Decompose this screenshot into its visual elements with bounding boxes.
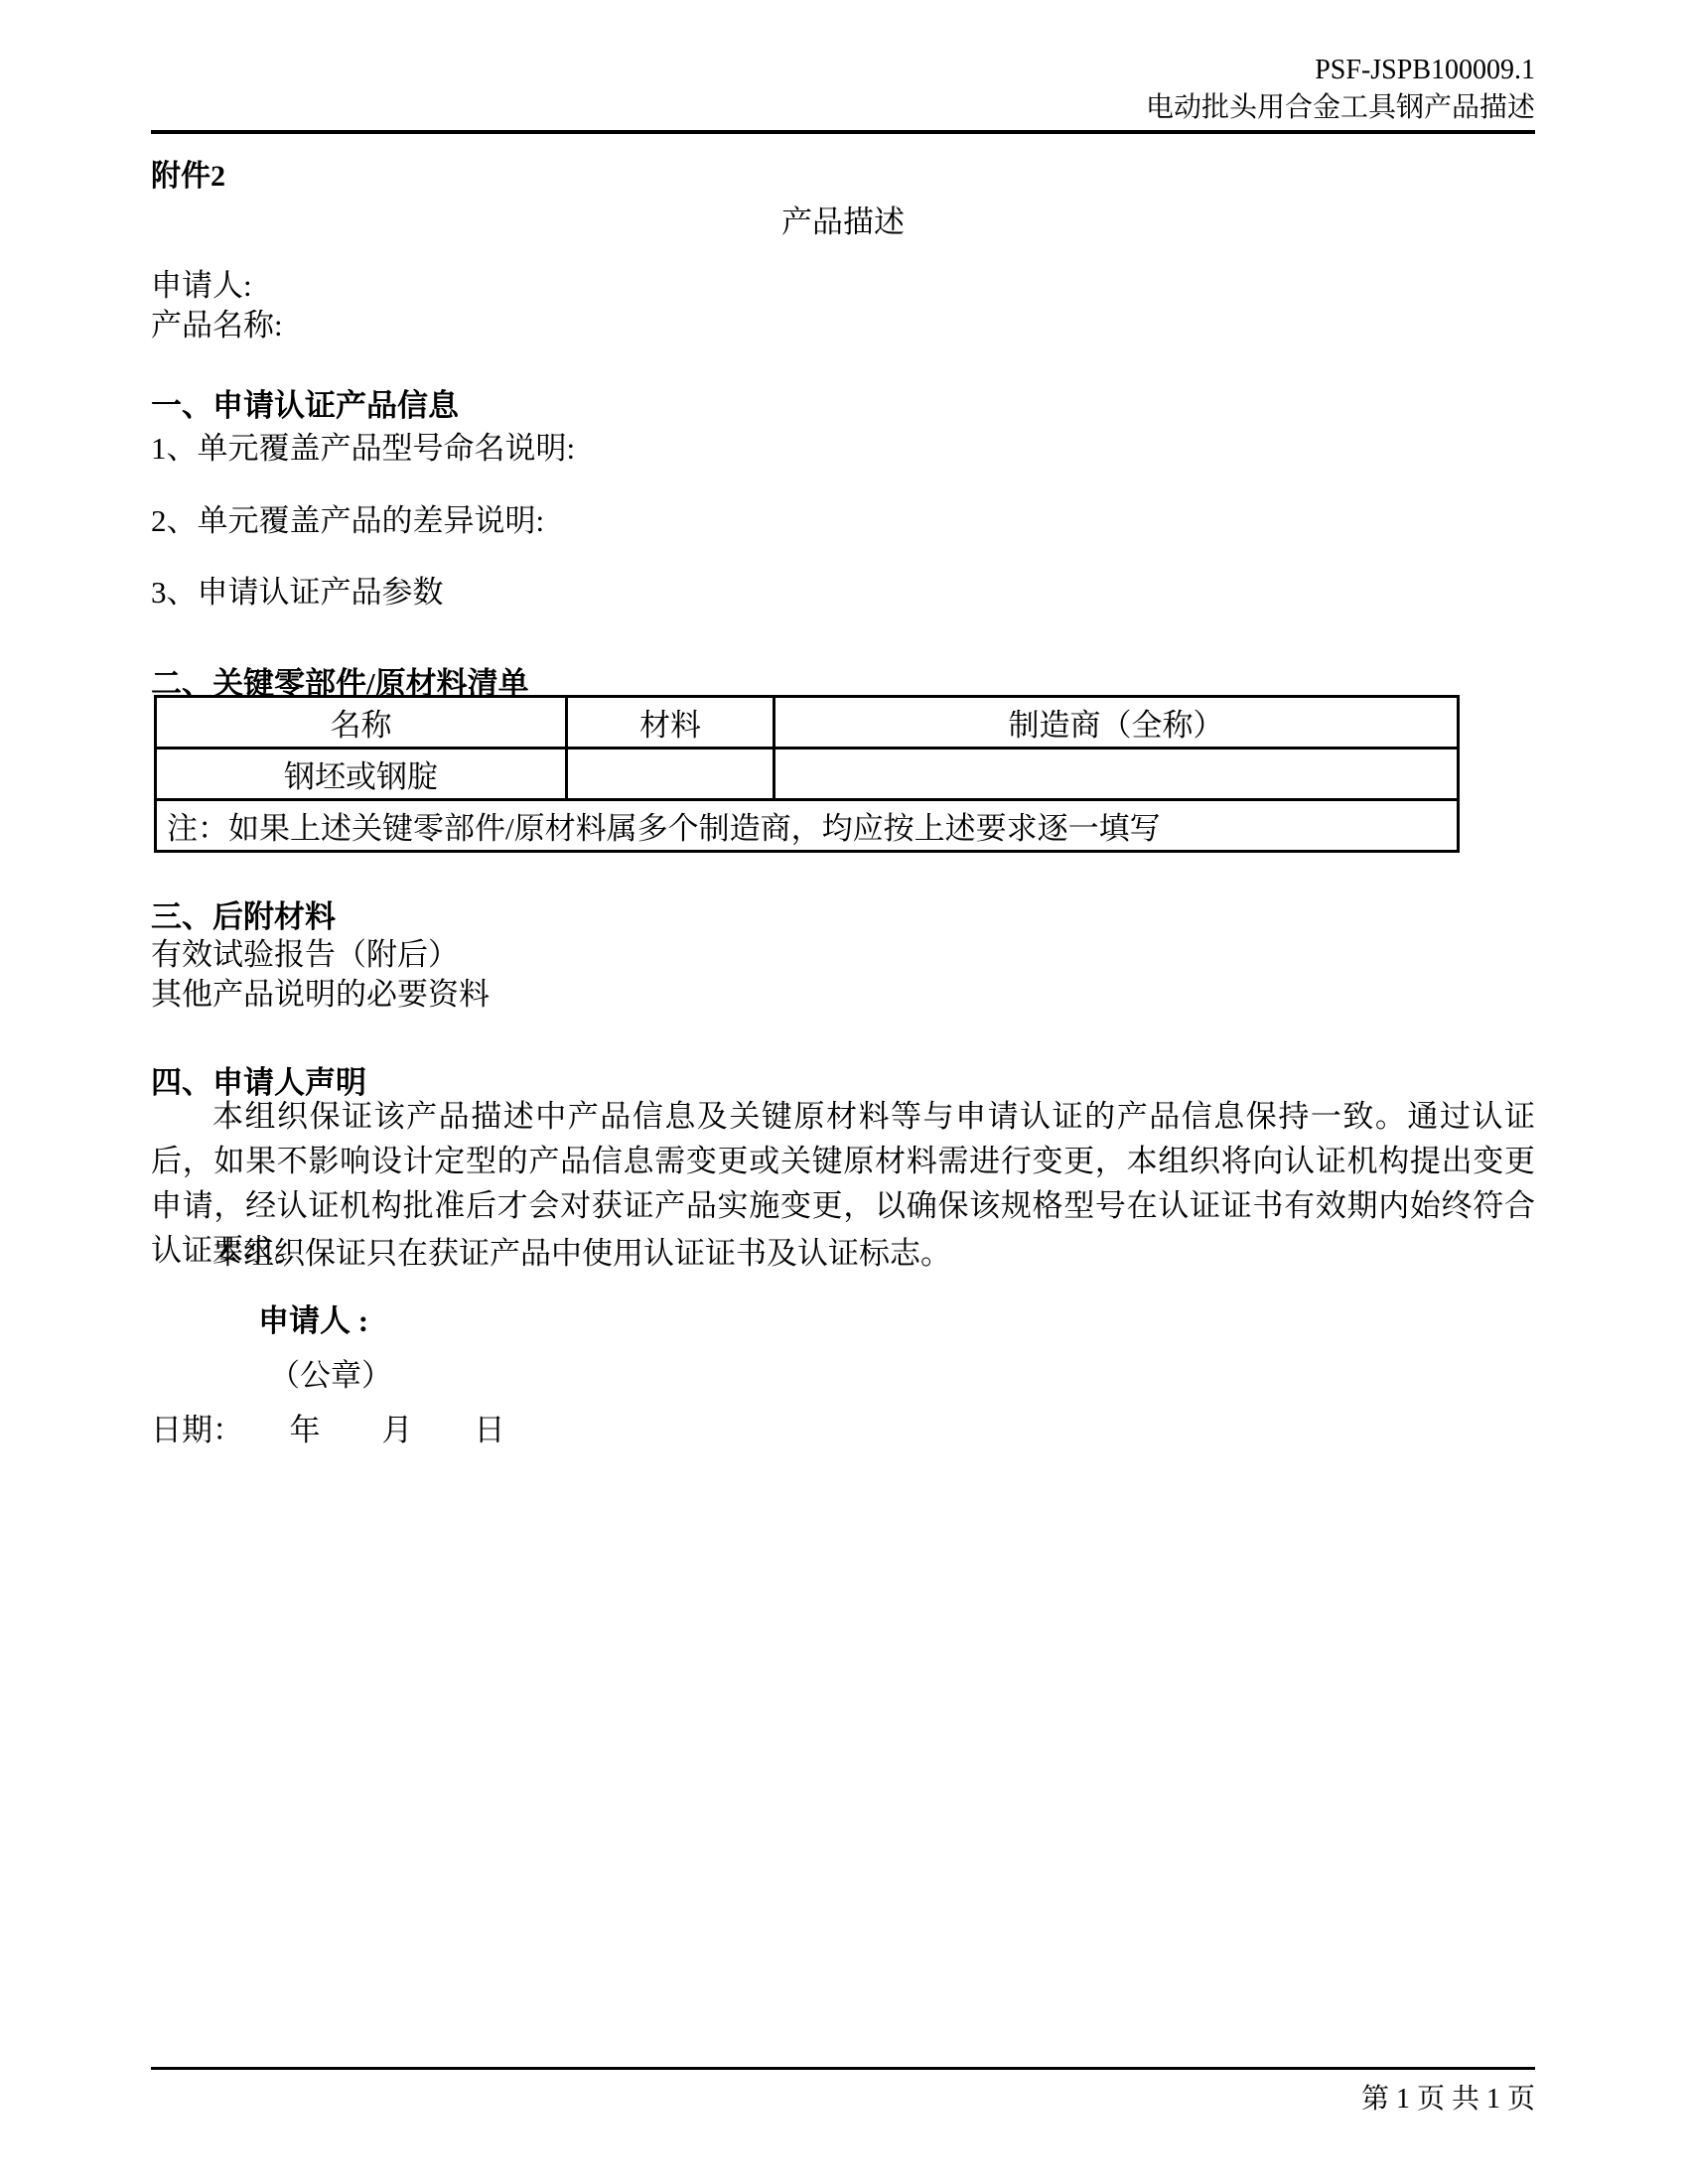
cell-part-material — [567, 749, 774, 800]
table-header-row: 名称 材料 制造商（全称） — [156, 697, 1459, 749]
applicant-label: 申请人: — [151, 266, 1535, 306]
footer-page-info: 第 1 页 共 1 页 — [151, 2077, 1535, 2116]
section1-item-1: 1、单元覆盖产品型号命名说明: — [151, 423, 1535, 468]
section1-title: 一、申请认证产品信息 — [151, 380, 1535, 425]
doc-header-title: 电动批头用合金工具钢产品描述 — [151, 89, 1535, 127]
col-header-material: 材料 — [567, 697, 774, 749]
seal-label: （公章） — [269, 1350, 392, 1395]
doc-number: PSF-JSPB100009.1 — [151, 52, 1535, 89]
declaration-paragraph-2: 本组织保证只在获证产品中使用认证证书及认证标志。 — [151, 1231, 1535, 1276]
page-title: 产品描述 — [151, 197, 1535, 241]
cell-part-name: 钢坯或钢腚 — [156, 749, 567, 800]
page-header: PSF-JSPB100009.1 电动批头用合金工具钢产品描述 — [151, 52, 1535, 127]
section3-line-1: 有效试验报告（附后） — [151, 935, 1535, 975]
table-note: 注：如果上述关键零部件/原材料属多个制造商，均应按上述要求逐一填写 — [156, 800, 1459, 852]
product-name-label: 产品名称: — [151, 306, 1535, 345]
key-parts-table: 名称 材料 制造商（全称） 钢坯或钢腚 注：如果上述关键零部件/原材料属多个制造… — [154, 695, 1460, 853]
applicant-sign-label: 申请人 : — [258, 1296, 368, 1340]
table-note-row: 注：如果上述关键零部件/原材料属多个制造商，均应按上述要求逐一填写 — [156, 800, 1459, 852]
section1-item-3: 3、申请认证产品参数 — [151, 567, 1535, 612]
section3-title: 三、后附材料 — [151, 891, 1535, 936]
table-row: 钢坯或钢腚 — [156, 749, 1459, 800]
attachment-label: 附件2 — [151, 151, 225, 195]
document-page: PSF-JSPB100009.1 电动批头用合金工具钢产品描述 附件2 产品描述… — [0, 0, 1688, 2184]
footer-rule — [151, 2067, 1535, 2070]
cell-part-manufacturer — [774, 749, 1459, 800]
section1-item-2: 2、单元覆盖产品的差异说明: — [151, 495, 1535, 540]
header-rule — [151, 130, 1535, 134]
col-header-manufacturer: 制造商（全称） — [774, 697, 1459, 749]
section3-line-2: 其他产品说明的必要资料 — [151, 975, 1535, 1015]
date-line: 日期： 年 月 日 — [151, 1405, 1535, 1449]
col-header-name: 名称 — [156, 697, 567, 749]
